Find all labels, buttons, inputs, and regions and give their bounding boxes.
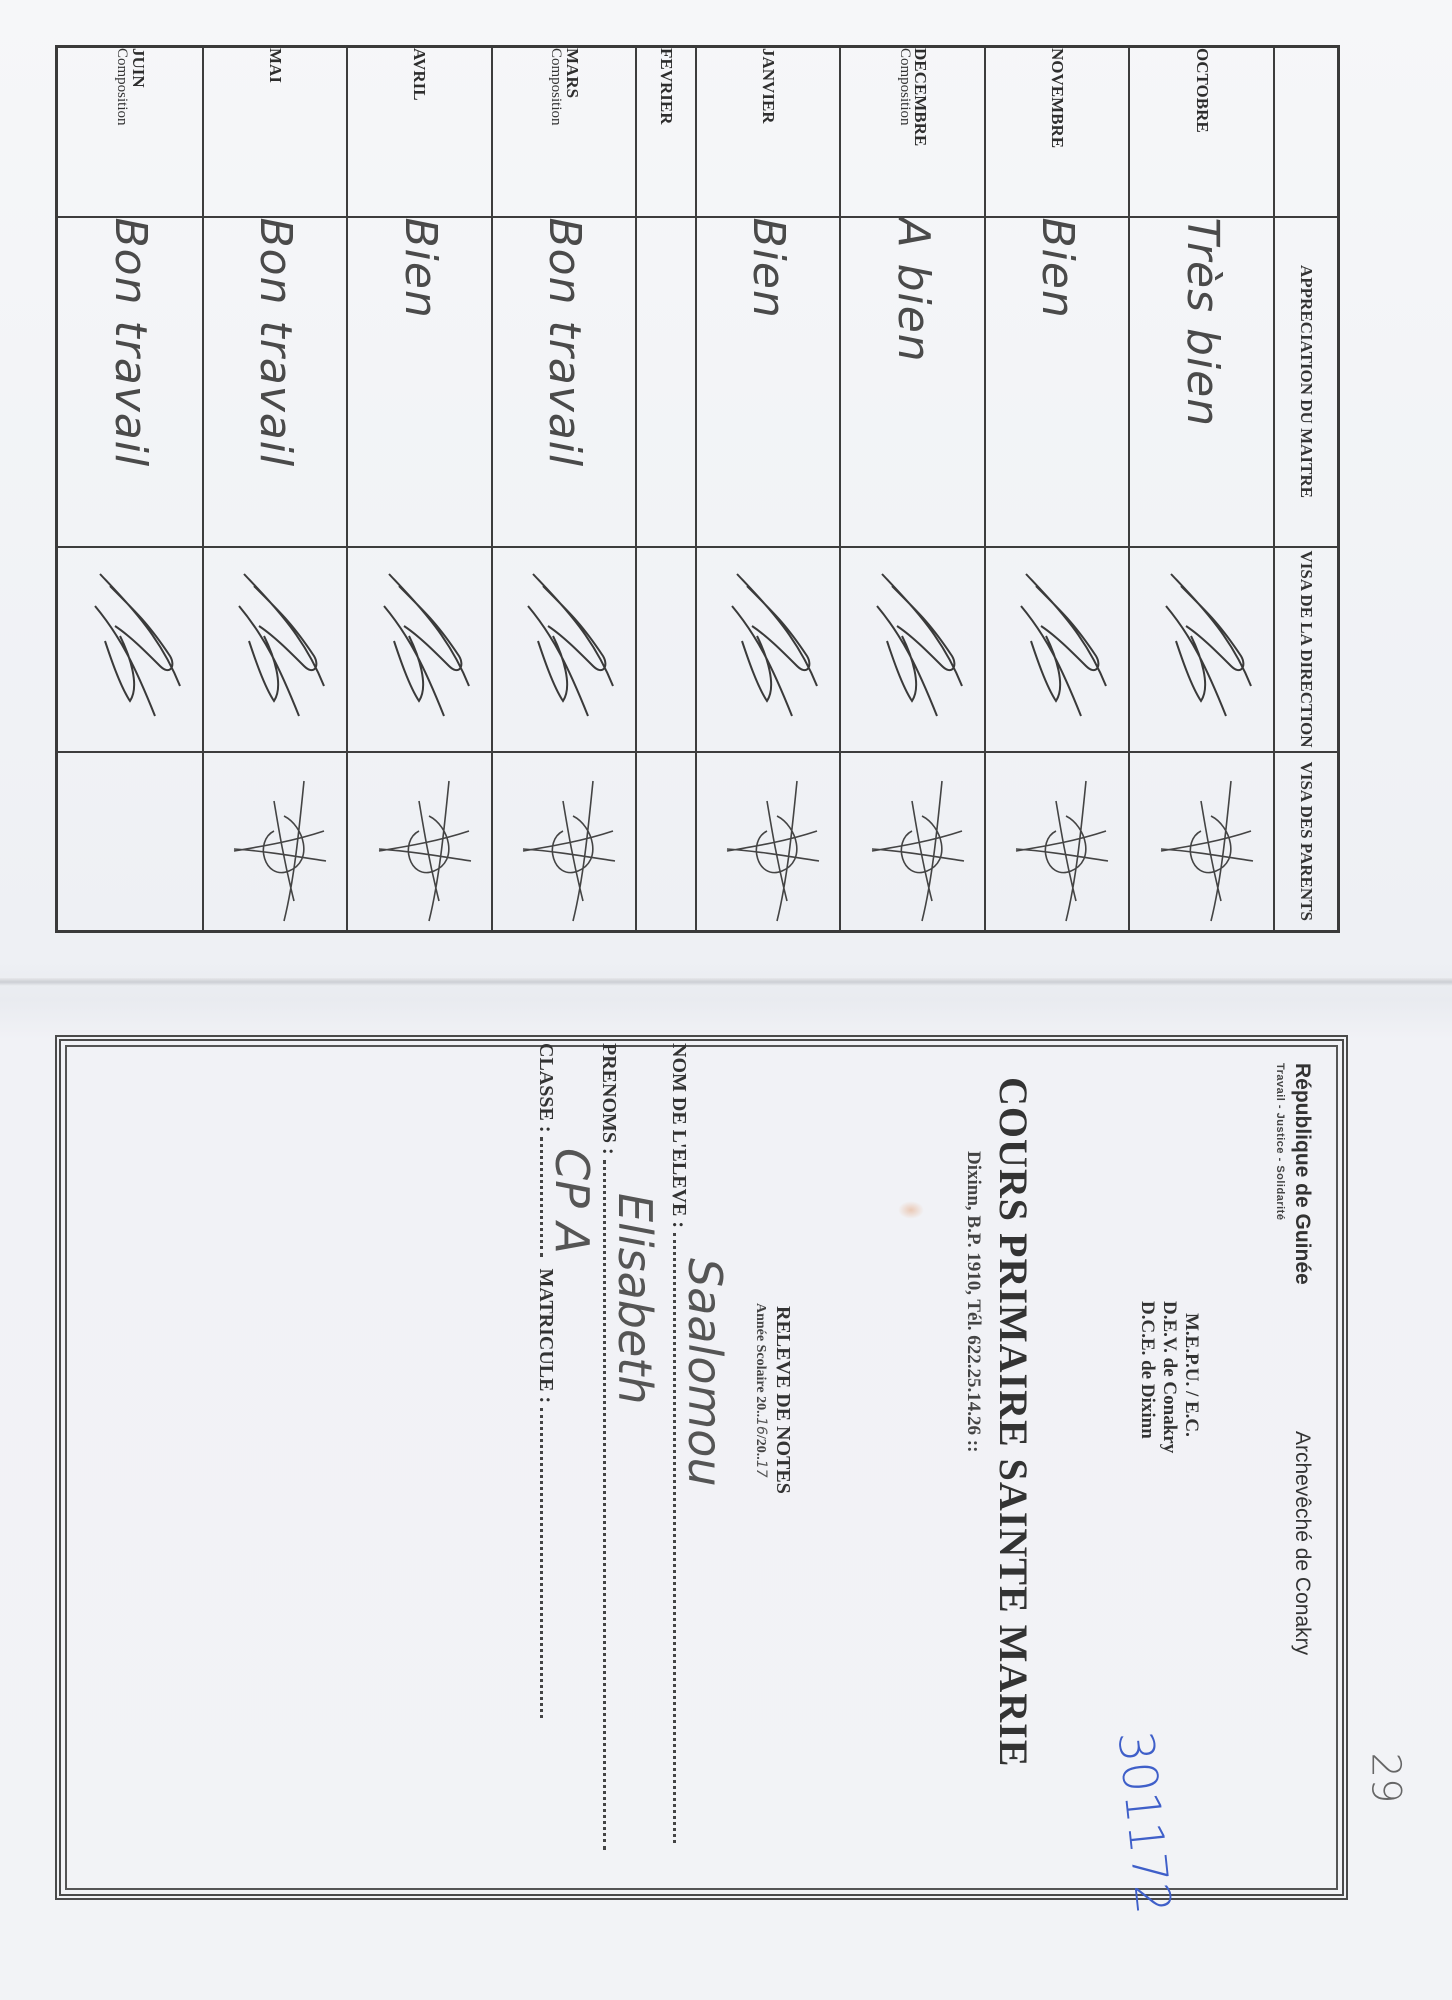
visa-direction-cell bbox=[840, 547, 985, 752]
table-row: NOVEMBREBien bbox=[985, 47, 1130, 932]
school-address-text: Dixinn, B.P. 1910, Tél. 622.25.14.26 bbox=[963, 1151, 984, 1435]
visa-direction-cell bbox=[492, 547, 637, 752]
visa-parents-cell bbox=[203, 752, 348, 932]
appreciation-cell: Très bien bbox=[1129, 217, 1274, 547]
month-cell: FEVRIER bbox=[636, 47, 696, 217]
signature-icon bbox=[722, 566, 827, 726]
appreciation-cell: Bon travail bbox=[57, 217, 203, 547]
student-firstnames-value: Elisabeth bbox=[608, 1193, 662, 1404]
ministry-line: D.E.V. de Conakry bbox=[1158, 1301, 1180, 1453]
student-name-value: Saalomou bbox=[678, 1258, 732, 1487]
report-card-table: APPRECIATION DU MAITRE VISA DE LA DIRECT… bbox=[55, 45, 1340, 933]
month-sub-label: Composition bbox=[896, 48, 912, 216]
class-value: CP A bbox=[545, 1148, 599, 1254]
school-year: Année Scolaire 20..16/20..17 bbox=[752, 1303, 769, 1478]
table-row: MARSCompositionBon travail bbox=[492, 47, 637, 932]
class-label: CLASSE : bbox=[535, 1043, 557, 1132]
signature-icon bbox=[229, 566, 334, 726]
visa-direction-cell bbox=[347, 547, 492, 752]
cover-frame: République de Guinée Travail - Justice -… bbox=[55, 1035, 1348, 1900]
visa-parents-cell bbox=[696, 752, 841, 932]
student-firstnames-field: PRENOMS : Elisabeth bbox=[597, 1043, 620, 1850]
month-cell: MARSComposition bbox=[492, 47, 637, 217]
header-month bbox=[1274, 47, 1339, 217]
appreciation-cell: Bon travail bbox=[492, 217, 637, 547]
appreciation-cell: Bon travail bbox=[203, 217, 348, 547]
signature-icon bbox=[867, 566, 972, 726]
visa-direction-cell bbox=[1129, 547, 1274, 752]
school-year-label: Année Scolaire bbox=[753, 1303, 768, 1393]
table-row: FEVRIER bbox=[636, 47, 696, 932]
republic-name: République de Guinée bbox=[1290, 1063, 1314, 1285]
table-row: OCTOBRETrès bien bbox=[1129, 47, 1274, 932]
paper-stain bbox=[898, 1201, 924, 1219]
address-mark: :: bbox=[963, 1440, 984, 1453]
table-row: DECEMBRECompositionA bien bbox=[840, 47, 985, 932]
appreciation-cell: A bien bbox=[840, 217, 985, 547]
school-year-end: 17 bbox=[753, 1460, 769, 1478]
signature-icon bbox=[867, 771, 972, 931]
month-label: AVRIL bbox=[410, 48, 429, 101]
month-cell: JANVIER bbox=[696, 47, 841, 217]
appreciation-cell: Bien bbox=[985, 217, 1130, 547]
handwritten-page-number: 29 bbox=[1362, 1753, 1408, 1804]
month-cell: JUINComposition bbox=[57, 47, 203, 217]
ministry-line: D.C.E. de Dixinn bbox=[1136, 1301, 1158, 1453]
month-cell: NOVEMBRE bbox=[985, 47, 1130, 217]
republic-block: République de Guinée Travail - Justice -… bbox=[1274, 1063, 1314, 1285]
visa-direction-cell bbox=[57, 547, 203, 752]
month-label: FEVRIER bbox=[657, 48, 676, 125]
ministry-line: M.E.P.U. / E.C. bbox=[1180, 1301, 1202, 1453]
visa-direction-cell bbox=[696, 547, 841, 752]
student-name-label: NOM DE L'ELEVE : bbox=[668, 1043, 690, 1228]
month-label: DECEMBRE bbox=[911, 48, 930, 146]
header-visa-direction-label: VISA DE LA DIRECTION bbox=[1297, 551, 1316, 748]
visa-direction-cell bbox=[985, 547, 1130, 752]
report-title: RELEVE DE NOTES bbox=[771, 1306, 794, 1494]
ministry-block: M.E.P.U. / E.C. D.E.V. de Conakry D.C.E.… bbox=[1136, 1301, 1202, 1453]
header-visa-parents: VISA DES PARENTS bbox=[1274, 752, 1339, 932]
month-cell: DECEMBREComposition bbox=[840, 47, 985, 217]
month-cell: MAI bbox=[203, 47, 348, 217]
month-label: NOVEMBRE bbox=[1048, 48, 1067, 148]
signature-icon bbox=[85, 566, 190, 726]
month-sub-label: Composition bbox=[547, 48, 563, 216]
class-field: CLASSE : CP A MATRICULE : bbox=[534, 1043, 557, 1718]
visa-parents-cell bbox=[57, 752, 203, 932]
table-row: JANVIERBien bbox=[696, 47, 841, 932]
header-visa-parents-label: VISA DES PARENTS bbox=[1297, 762, 1316, 921]
national-motto: Travail - Justice - Solidarité bbox=[1274, 1063, 1286, 1285]
appreciation-cell bbox=[636, 217, 696, 547]
signature-icon bbox=[518, 771, 623, 931]
school-name: COURS PRIMAIRE SAINTE MARIE bbox=[990, 1077, 1037, 1767]
report-card-table-panel: APPRECIATION DU MAITRE VISA DE LA DIRECT… bbox=[55, 45, 1340, 930]
table-row: MAIBon travail bbox=[203, 47, 348, 932]
visa-direction-cell bbox=[203, 547, 348, 752]
fold-line bbox=[0, 978, 1452, 986]
visa-parents-cell bbox=[1129, 752, 1274, 932]
student-firstnames-label: PRENOMS : bbox=[598, 1043, 620, 1155]
visa-parents-cell bbox=[985, 752, 1130, 932]
visa-parents-cell bbox=[347, 752, 492, 932]
header-visa-direction: VISA DE LA DIRECTION bbox=[1274, 547, 1339, 752]
signature-icon bbox=[374, 566, 479, 726]
month-label: MARS bbox=[563, 48, 582, 98]
signature-icon bbox=[1011, 771, 1116, 931]
visa-direction-cell bbox=[636, 547, 696, 752]
appreciation-cell: Bien bbox=[347, 217, 492, 547]
signature-icon bbox=[1011, 566, 1116, 726]
month-sub-label: Composition bbox=[113, 48, 129, 216]
visa-parents-cell bbox=[492, 752, 637, 932]
school-address: Dixinn, B.P. 1910, Tél. 622.25.14.26 :: bbox=[962, 1151, 984, 1452]
month-cell: AVRIL bbox=[347, 47, 492, 217]
visa-parents-cell bbox=[636, 752, 696, 932]
signature-icon bbox=[1156, 566, 1261, 726]
appreciation-cell: Bien bbox=[696, 217, 841, 547]
table-row: JUINCompositionBon travail bbox=[57, 47, 203, 932]
month-cell: OCTOBRE bbox=[1129, 47, 1274, 217]
table-header-row: APPRECIATION DU MAITRE VISA DE LA DIRECT… bbox=[1274, 47, 1339, 932]
signature-icon bbox=[374, 771, 479, 931]
month-label: JUIN bbox=[129, 48, 148, 88]
month-label: JANVIER bbox=[759, 48, 778, 124]
table-row: AVRILBien bbox=[347, 47, 492, 932]
header-appreciation: APPRECIATION DU MAITRE bbox=[1274, 217, 1339, 547]
signature-icon bbox=[518, 566, 623, 726]
signature-icon bbox=[229, 771, 334, 931]
school-year-start: 16 bbox=[753, 1417, 769, 1435]
archdiocese: Archevêché de Conakry bbox=[1290, 1431, 1314, 1655]
month-label: OCTOBRE bbox=[1193, 48, 1212, 133]
cover-panel: République de Guinée Travail - Justice -… bbox=[55, 1035, 1348, 1900]
signature-icon bbox=[722, 771, 827, 931]
student-name-field: NOM DE L'ELEVE : Saalomou bbox=[667, 1043, 690, 1843]
signature-icon bbox=[1156, 771, 1261, 931]
visa-parents-cell bbox=[840, 752, 985, 932]
dotted-line bbox=[540, 1408, 547, 1718]
month-label: MAI bbox=[266, 48, 285, 83]
matricule-label: MATRICULE : bbox=[535, 1268, 557, 1403]
